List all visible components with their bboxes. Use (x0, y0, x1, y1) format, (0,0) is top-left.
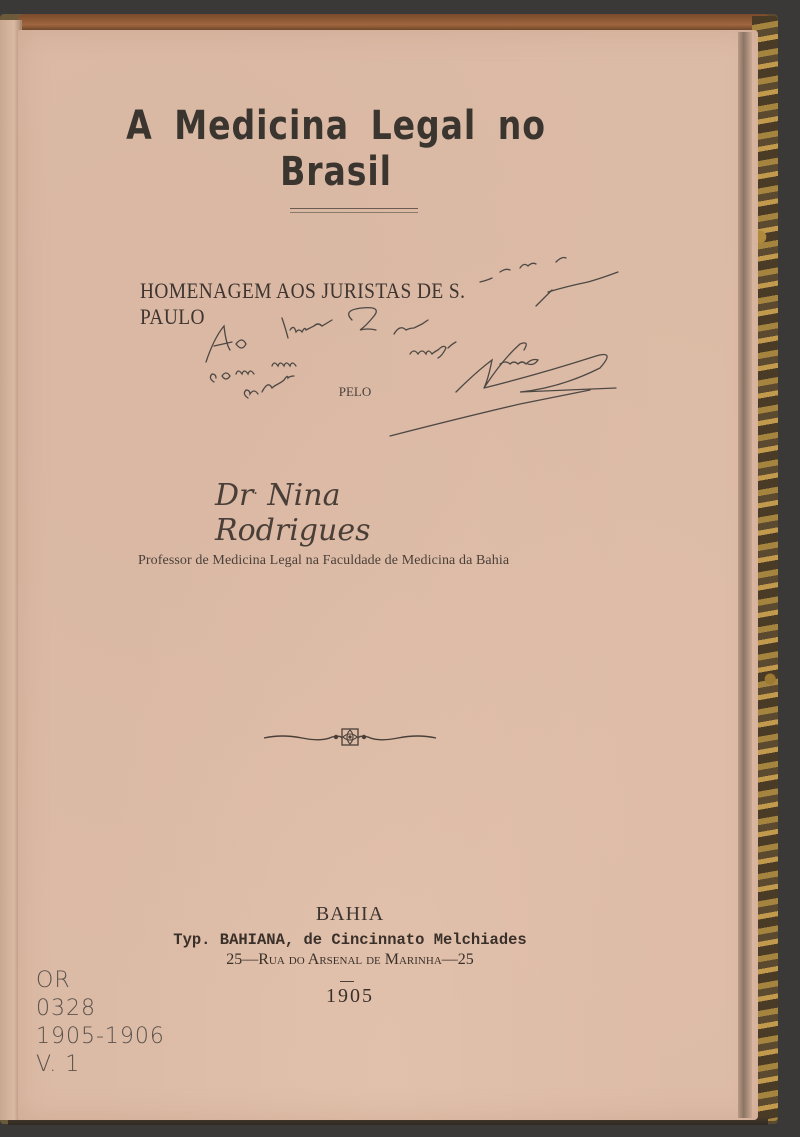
call-number-line: 0328 (36, 995, 196, 1023)
ornament-divider-icon (262, 726, 438, 748)
book-title: A Medicina Legal no Brasil (60, 103, 612, 195)
by-label: PELO (330, 384, 380, 400)
imprint-dash-divider (340, 981, 354, 982)
author-prefix-superscript: . (253, 482, 257, 498)
author-affiliation: Professor de Medicina Legal na Faculdade… (138, 553, 578, 569)
library-call-number: OR 0328 1905-1906 V. 1 (36, 967, 196, 1079)
call-number-line: V. 1 (36, 1051, 196, 1079)
book-subtitle: HOMENAGEM AOS JURISTAS DE S. PAULO (140, 278, 527, 330)
imprint-year: 1905 (300, 985, 400, 1008)
title-rule-divider (290, 208, 418, 213)
author-name: Dr. Nina Rodrigues (215, 478, 505, 548)
call-number-line: 1905-1906 (36, 1023, 196, 1051)
imprint-address: 25—Rua do Arsenal de Marinha—25 (150, 951, 550, 969)
page-gutter-edge (738, 32, 752, 1118)
call-number-line: OR (36, 967, 196, 995)
imprint-city: BAHIA (250, 903, 450, 926)
imprint-printer: Typ. BAHIANA, de Cincinnato Melchiades (150, 931, 550, 949)
author-prefix: Dr (215, 478, 253, 513)
